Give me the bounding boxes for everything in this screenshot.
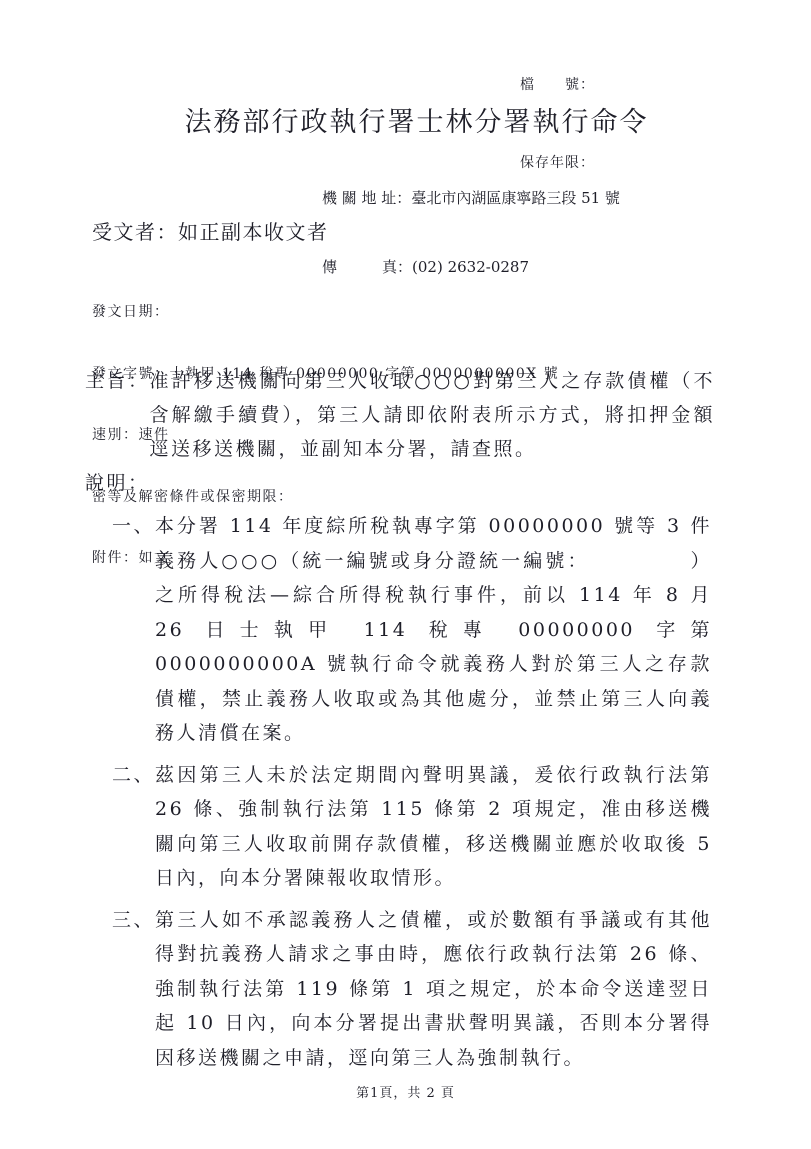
- explanation-item-2: 二、 茲因第三人未於法定期間內聲明異議，爰依行政執行法第 26 條、強制執行法第…: [112, 758, 712, 896]
- archive-file-no: 檔 號：: [520, 72, 595, 98]
- explanation-item-3: 三、 第三人如不承認義務人之債權，或於數額有爭議或有其他得對抗義務人請求之事由時…: [112, 903, 712, 1076]
- doc-info-security: 密等及解密條件或保密期限：: [92, 487, 559, 508]
- subject-paragraph: 主旨： 准許移送機關向第三人收取○○○對第三人之存款債權（不含解繳手續費），第三…: [85, 364, 715, 466]
- doc-info-date: 發文日期：: [92, 302, 559, 323]
- recipient-value: 如正副本收文者: [178, 220, 329, 244]
- item-1-marker: 一、: [112, 509, 155, 544]
- agency-address-value: 臺北市內湖區康寧路三段 51 號: [411, 189, 620, 207]
- item-2-text: 茲因第三人未於法定期間內聲明異議，爰依行政執行法第 26 條、強制執行法第 11…: [155, 758, 712, 896]
- recipient-line: 受文者：如正副本收文者: [92, 216, 329, 245]
- subject-label: 主旨：: [85, 364, 150, 398]
- subject-text: 准許移送機關向第三人收取○○○對第三人之存款債權（不含解繳手續費），第三人請即依…: [150, 364, 715, 466]
- explanation-heading: 說明：: [85, 466, 150, 500]
- recipient-label: 受文者：: [92, 220, 178, 244]
- agency-address-label: 機 關 地 址：: [322, 189, 411, 207]
- document-page: 檔 號： 保存年限： 法務部行政執行署士林分署執行命令 機 關 地 址：臺北市內…: [0, 0, 811, 1149]
- page-footer: 第1頁，共 2 頁: [0, 1082, 811, 1101]
- explanation-item-1: 一、 本分署 114 年度綜所稅執專字第 00000000 號等 3 件義務人○…: [112, 509, 712, 751]
- document-title: 法務部行政執行署士林分署執行命令: [0, 100, 811, 139]
- item-2-marker: 二、: [112, 758, 155, 793]
- item-3-text: 第三人如不承認義務人之債權，或於數額有爭議或有其他得對抗義務人請求之事由時，應依…: [155, 903, 712, 1076]
- item-1-text: 本分署 114 年度綜所稅執專字第 00000000 號等 3 件義務人○○○（…: [155, 509, 712, 751]
- item-3-marker: 三、: [112, 903, 155, 938]
- explanation-items: 一、 本分署 114 年度綜所稅執專字第 00000000 號等 3 件義務人○…: [112, 509, 712, 1082]
- agency-address-line: 機 關 地 址：臺北市內湖區康寧路三段 51 號: [322, 187, 620, 210]
